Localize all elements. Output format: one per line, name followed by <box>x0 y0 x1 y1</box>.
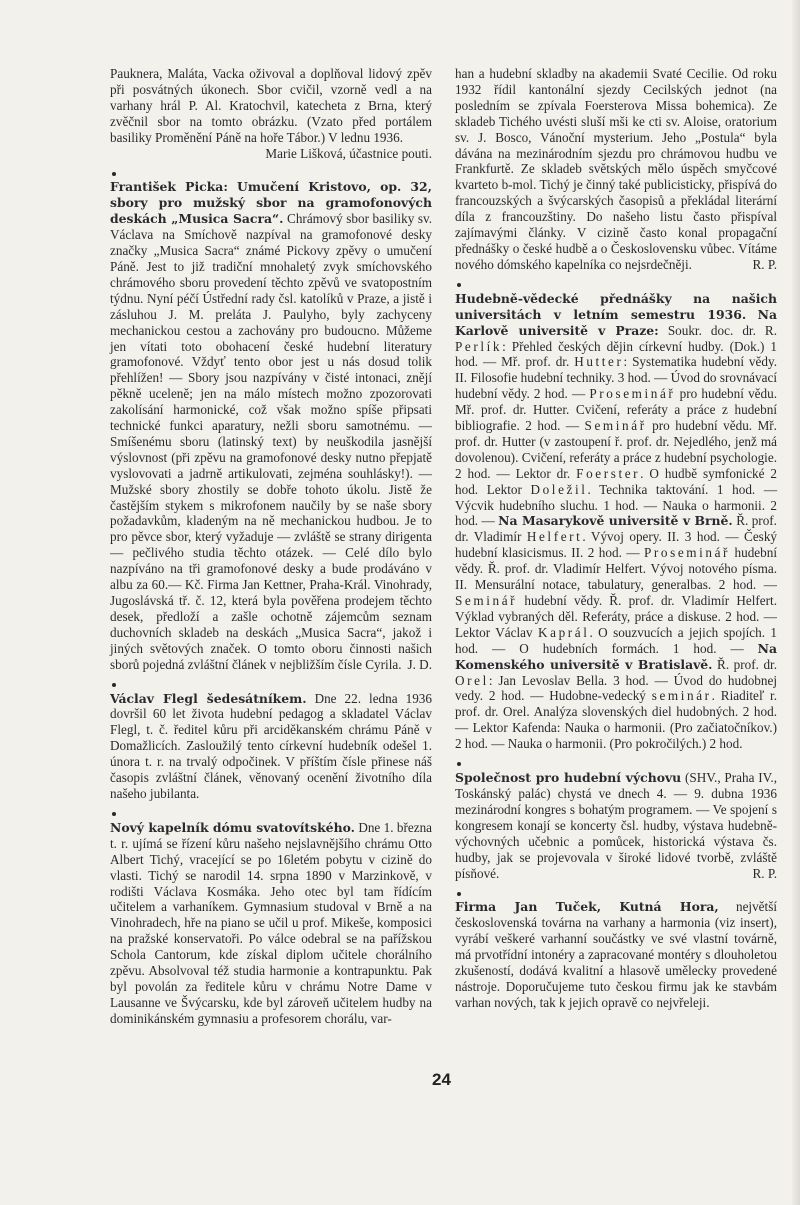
section-bullet-icon <box>110 806 432 820</box>
article-picka-body: Chrámový sbor basiliky sv. Václava na Sm… <box>110 211 432 671</box>
article-tichy-heading: Nový kapelník dómu svatovítského. <box>110 820 355 835</box>
article-lectures-heading: Hudebně-vědecké přednášky na našich univ… <box>455 291 777 322</box>
course-type: Seminář <box>455 593 517 608</box>
section-bullet-icon <box>110 165 432 179</box>
article-tucek-heading: Firma Jan Tuček, Kutná Hora, <box>455 899 719 914</box>
article-flegl-body: Dne 22. ledna 1936 dovršil 60 let života… <box>110 691 432 801</box>
article-tucek: Firma Jan Tuček, Kutná Hora, největší če… <box>455 899 777 1010</box>
page-number: 24 <box>432 1070 451 1090</box>
article-picka-signature: J. D. <box>407 657 432 673</box>
course-type: Seminář <box>585 418 647 433</box>
lecturer-name: Foerster <box>576 466 640 481</box>
section-bullet-icon <box>455 756 777 770</box>
page-edge-shadow <box>792 0 800 1205</box>
article-flegl-heading: Václav Flegl šedesátníkem. <box>110 691 307 706</box>
article-shv-heading: Společnost pro hudební výchovu <box>455 770 681 785</box>
article-shv-body: (SHV., Praha IV., Toskánský palác) chyst… <box>455 770 777 880</box>
lecturer-name: Kaprál <box>538 625 589 640</box>
lecturer-name: Perlík <box>455 339 502 354</box>
subheading-brno: Na Masarykově universitě v Brně. <box>498 513 733 528</box>
course-type: Proseminář <box>644 545 730 560</box>
intro-paragraph: Pauknera, Maláta, Vacka oživoval a doplň… <box>110 66 432 146</box>
intro-signature: Marie Lišková, účastnice pouti. <box>110 146 432 162</box>
magazine-page: Pauknera, Maláta, Vacka oživoval a doplň… <box>110 66 777 1106</box>
section-bullet-icon <box>110 677 432 691</box>
article-tichy: Nový kapelník dómu svatovítského. Dne 1.… <box>110 820 432 1027</box>
lecture-text: Soukr. doc. dr. R. <box>668 323 777 338</box>
lecturer-name: Hutter <box>574 354 623 369</box>
section-bullet-icon <box>455 885 777 899</box>
article-tichy-body: Dne 1. března t. r. ujímá se řízení kůru… <box>110 820 432 1026</box>
article-tichy-continued-body: han a hudební skladby na akademii Svaté … <box>455 66 777 272</box>
article-tichy-continued: han a hudební skladby na akademii Svaté … <box>455 66 777 273</box>
article-tucek-body: největší československá továrna na varha… <box>455 899 777 1009</box>
right-column: han a hudební skladby na akademii Svaté … <box>455 66 777 1011</box>
article-flegl: Václav Flegl šedesátníkem. Dne 22. ledna… <box>110 691 432 802</box>
article-tichy-signature: R. P. <box>752 257 777 273</box>
article-picka: František Picka: Umučení Kristovo, op. 3… <box>110 179 432 672</box>
section-bullet-icon <box>455 277 777 291</box>
lecturer-name: Doležil <box>530 482 587 497</box>
lecturer-name: Orel <box>455 673 489 688</box>
course-type: seminár <box>652 688 712 703</box>
lecture-text: Ř. prof. dr. <box>717 657 777 672</box>
left-column: Pauknera, Maláta, Vacka oživoval a doplň… <box>110 66 432 1027</box>
course-type: Proseminář <box>589 386 675 401</box>
article-lectures: Hudebně-vědecké přednášky na našich univ… <box>455 291 777 752</box>
article-shv: Společnost pro hudební výchovu (SHV., Pr… <box>455 770 777 881</box>
article-shv-signature: R. P. <box>752 866 777 882</box>
lecturer-name: Helfert <box>527 529 583 544</box>
